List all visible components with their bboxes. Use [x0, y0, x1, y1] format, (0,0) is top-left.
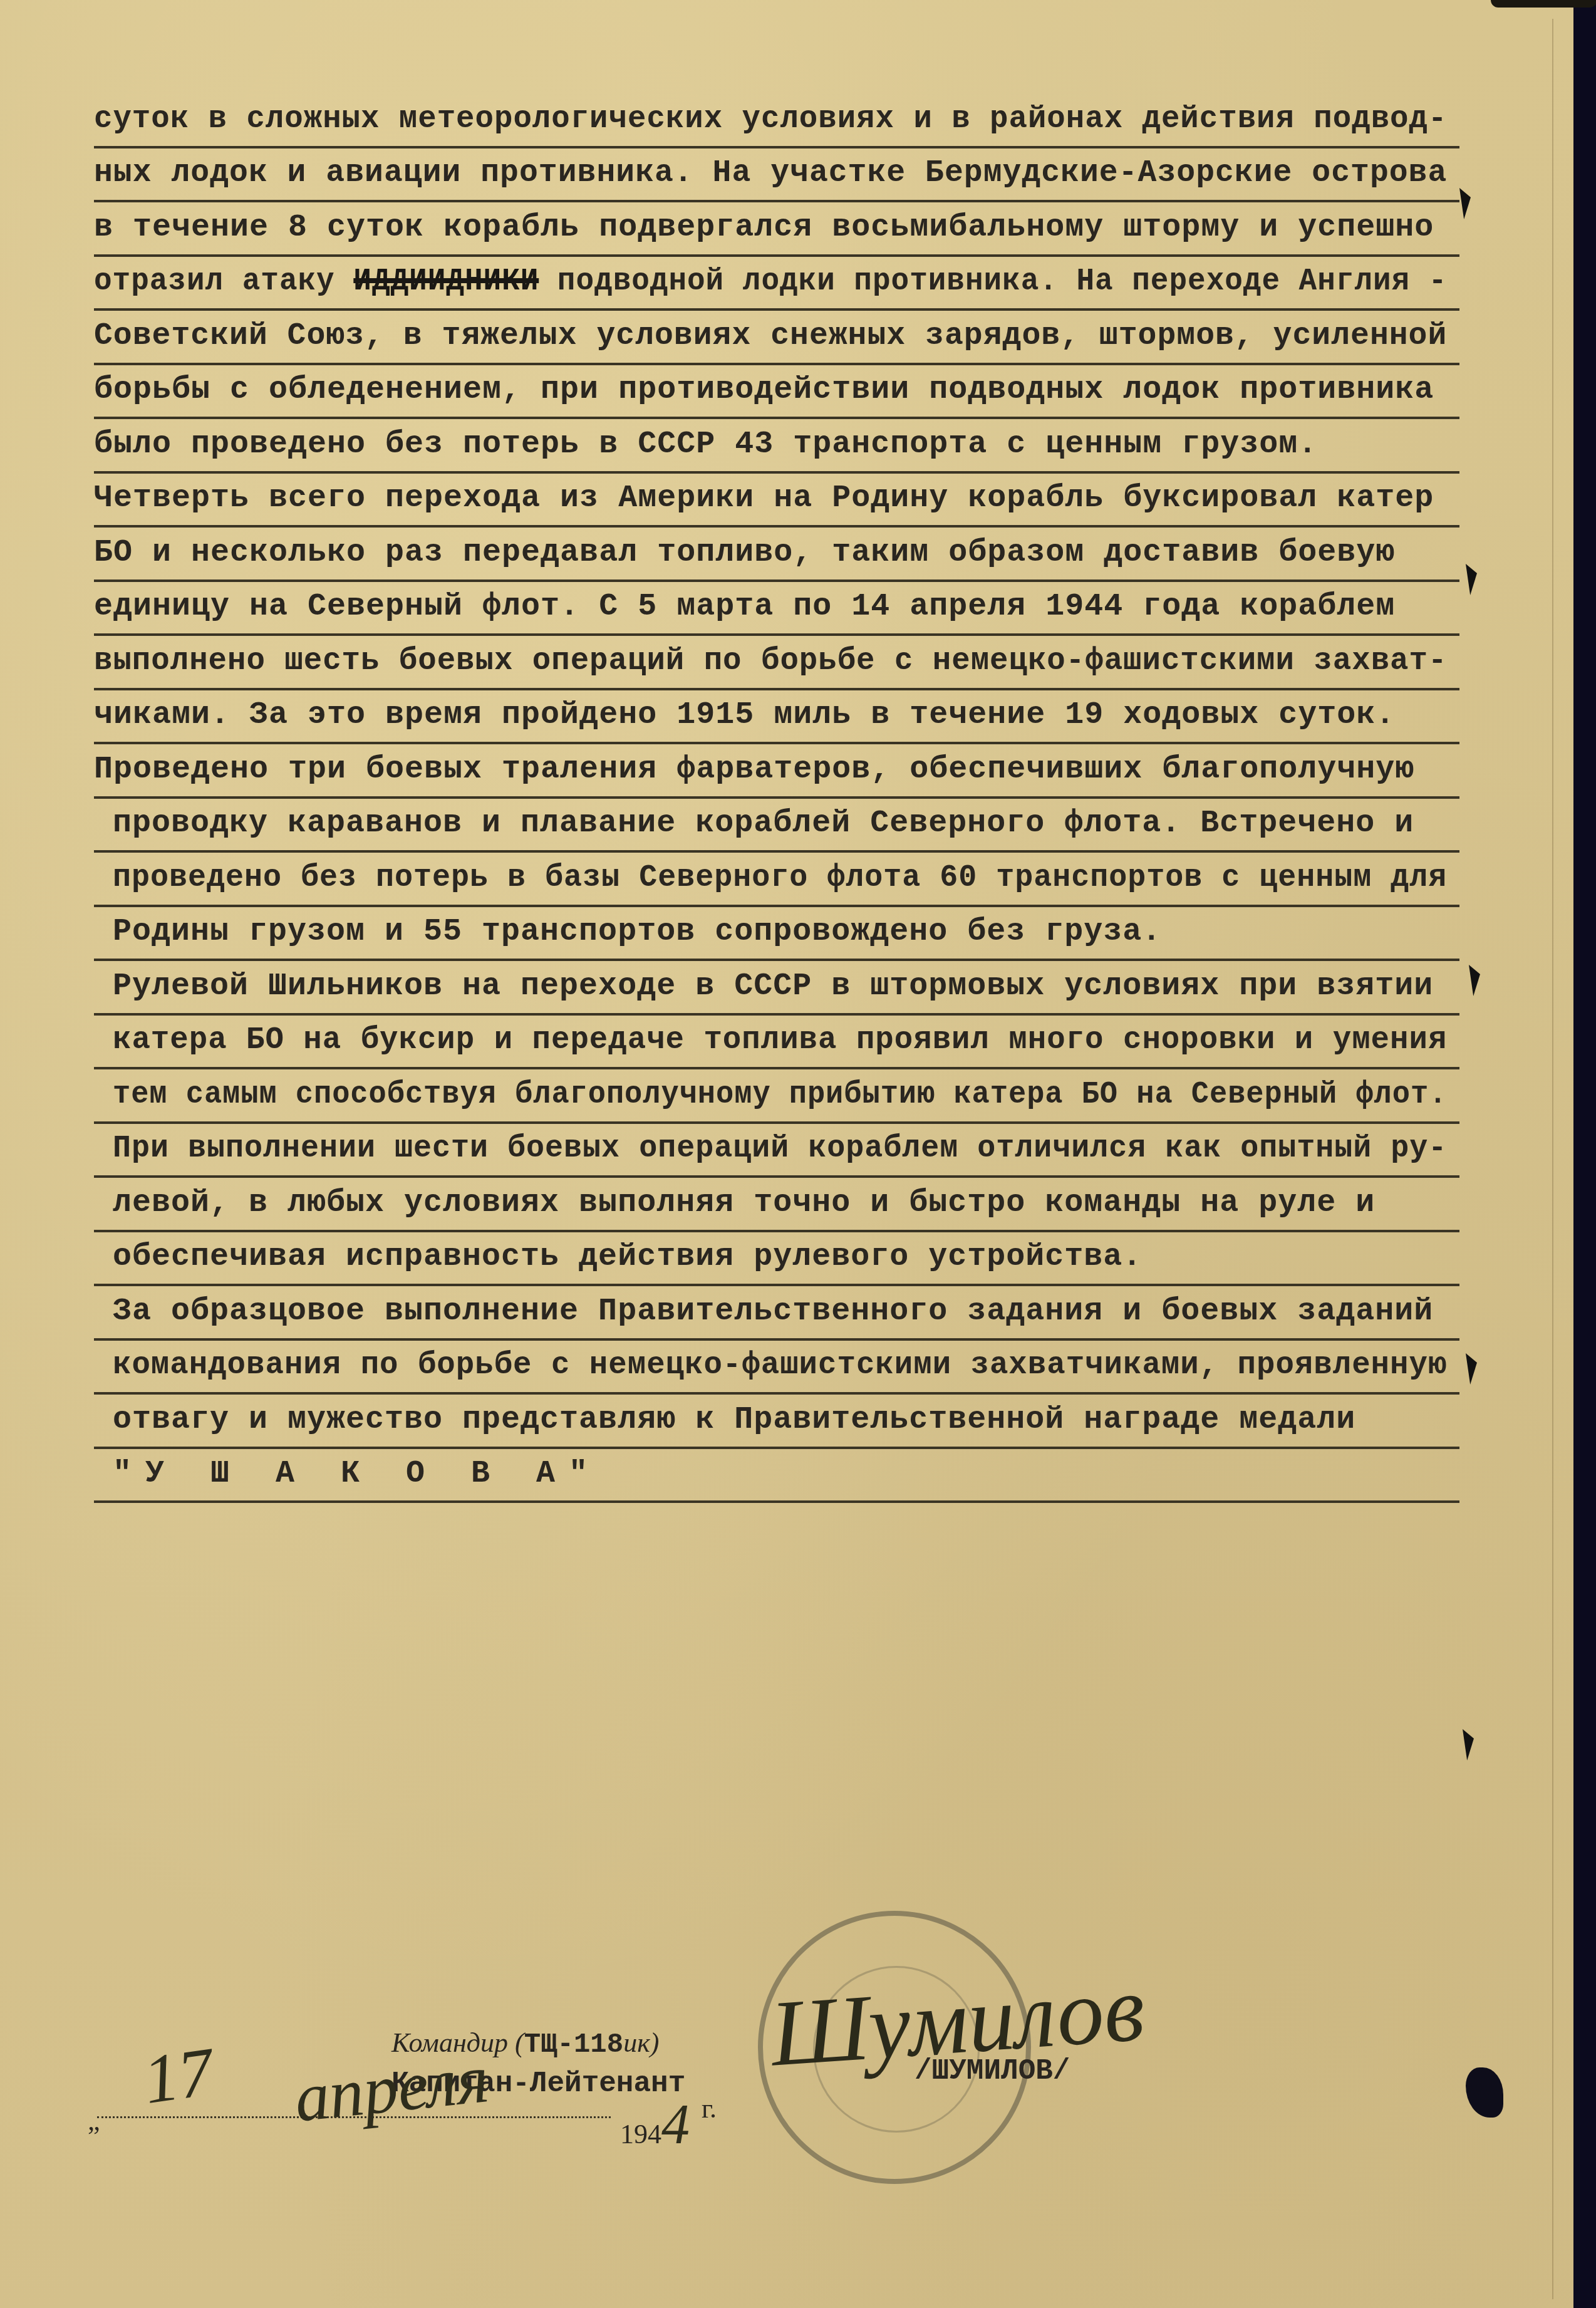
line-text: За образцовое выполнение Правительственн… — [113, 1294, 1433, 1329]
handwritten-date-month: апреля — [291, 2039, 492, 2138]
text-line: проведено без потерь в базы Северного фл… — [94, 853, 1459, 907]
text-line: отразил атаку ИДДИИДНИКИ подводной лодки… — [94, 257, 1459, 311]
line-text: Родины грузом и 55 транспортов сопровожд… — [113, 914, 1161, 950]
year-suffix: г. — [702, 2092, 717, 2124]
line-text: При выполнении шести боевых операций кор… — [113, 1131, 1447, 1167]
line-text: Рулевой Шильников на переходе в СССР в ш… — [113, 969, 1433, 1004]
text-line: выполнено шесть боевых операций по борьб… — [94, 636, 1459, 690]
text-line: Рулевой Шильников на переходе в СССР в ш… — [94, 961, 1459, 1016]
line-text: командования по борьбе с немецко-фашистс… — [113, 1348, 1447, 1383]
paper-tear — [1463, 1729, 1474, 1760]
struck-out-word: ИДДИИДНИКИ — [353, 264, 539, 299]
typed-body: суток в сложных метеорологических услови… — [94, 94, 1459, 1503]
text-line: Проведено три боевых траления фарватеров… — [94, 744, 1459, 799]
line-text: проводку караванов и плавание кораблей С… — [113, 806, 1414, 841]
text-line: Родины грузом и 55 транспортов сопровожд… — [94, 907, 1459, 962]
line-text: ных лодок и авиации противника. На участ… — [94, 155, 1447, 191]
line-text: тем самым способствуя благополучному при… — [113, 1077, 1447, 1113]
line-text: выполнено шесть боевых операций по борьб… — [94, 643, 1447, 679]
line-text: обеспечивая исправность действия рулевог… — [113, 1239, 1142, 1275]
margin-fold-line — [1552, 19, 1553, 2299]
line-text: Четверть всего перехода из Америки на Ро… — [94, 481, 1434, 516]
text-line: обеспечивая исправность действия рулевог… — [94, 1232, 1459, 1287]
text-line: проводку караванов и плавание кораблей С… — [94, 799, 1459, 853]
page-edge-shadow — [1491, 0, 1596, 8]
commander-unit: ТЩ-118 — [524, 2029, 623, 2061]
text-line: тем самым способствуя благополучному при… — [94, 1069, 1459, 1124]
text-line: суток в сложных метеорологических услови… — [94, 94, 1459, 148]
text-line: командования по борьбе с немецко-фашистс… — [94, 1341, 1459, 1395]
document-page: суток в сложных метеорологических услови… — [0, 0, 1573, 2308]
text-line: ных лодок и авиации противника. На участ… — [94, 148, 1459, 203]
line-text: проведено без потерь в базы Северного фл… — [113, 860, 1447, 896]
paper-tear — [1466, 564, 1477, 595]
line-text: катера БО на буксир и передаче топлива п… — [113, 1022, 1447, 1058]
printed-signatory-name: /ШУМИЛОВ/ — [915, 2055, 1070, 2087]
year-prefix: 1944 — [620, 2092, 690, 2157]
line-text: борьбы с обледенением, при противодейств… — [94, 372, 1434, 408]
line-text: БО и несколько раз передавал топливо, та… — [94, 535, 1395, 571]
medal-name: "У Ш А К О В А" — [113, 1456, 601, 1492]
text-line: было проведено без потерь в СССР 43 тран… — [94, 419, 1459, 474]
text-line: единицу на Северный флот. С 5 марта по 1… — [94, 582, 1459, 637]
text-line: борьбы с обледенением, при противодейств… — [94, 365, 1459, 420]
year-handwritten-digit: 4 — [661, 2094, 690, 2156]
commander-label-suffix: ик) — [623, 2027, 659, 2058]
text-line: БО и несколько раз передавал топливо, та… — [94, 528, 1459, 582]
text-line: чиками. За это время пройдено 1915 миль … — [94, 690, 1459, 745]
line-text: чиками. За это время пройдено 1915 миль … — [94, 697, 1395, 733]
line-text: было проведено без потерь в СССР 43 тран… — [94, 427, 1317, 462]
line-text-segment: подводной лодки противника. На переходе … — [539, 264, 1447, 299]
line-text: отвагу и мужество представляю к Правител… — [113, 1402, 1355, 1438]
ink-blot — [1466, 2067, 1503, 2118]
text-line: Советский Союз, в тяжелых условиях снежн… — [94, 311, 1459, 365]
line-text: отразил атаку ИДДИИДНИКИ подводной лодки… — [94, 264, 1447, 299]
text-line: левой, в любых условиях выполняя точно и… — [94, 1178, 1459, 1232]
line-text: левой, в любых условиях выполняя точно и… — [113, 1185, 1375, 1221]
text-line: катера БО на буксир и передаче топлива п… — [94, 1016, 1459, 1070]
text-line: отвагу и мужество представляю к Правител… — [94, 1395, 1459, 1449]
paper-tear — [1469, 965, 1480, 996]
paper-tear — [1466, 1353, 1477, 1385]
line-text: Советский Союз, в тяжелых условиях снежн… — [94, 318, 1447, 354]
medal-name-line: "У Ш А К О В А" — [94, 1449, 1459, 1504]
line-text: суток в сложных метеорологических услови… — [94, 101, 1447, 137]
line-text: Проведено три боевых траления фарватеров… — [94, 752, 1414, 788]
text-line: Четверть всего перехода из Америки на Ро… — [94, 474, 1459, 528]
year-printed: 194 — [620, 2119, 661, 2149]
date-open-quote: „ — [88, 2105, 100, 2137]
line-text-segment: отразил атаку — [94, 264, 353, 299]
paper-tear — [1459, 188, 1471, 219]
line-text: единицу на Северный флот. С 5 марта по 1… — [94, 589, 1395, 625]
text-line: За образцовое выполнение Правительственн… — [94, 1286, 1459, 1341]
line-text: в течение 8 суток корабль подвергался во… — [94, 210, 1434, 246]
handwritten-date-day: 17 — [139, 2032, 219, 2120]
text-line: При выполнении шести боевых операций кор… — [94, 1124, 1459, 1178]
text-line: в течение 8 суток корабль подвергался во… — [94, 202, 1459, 257]
